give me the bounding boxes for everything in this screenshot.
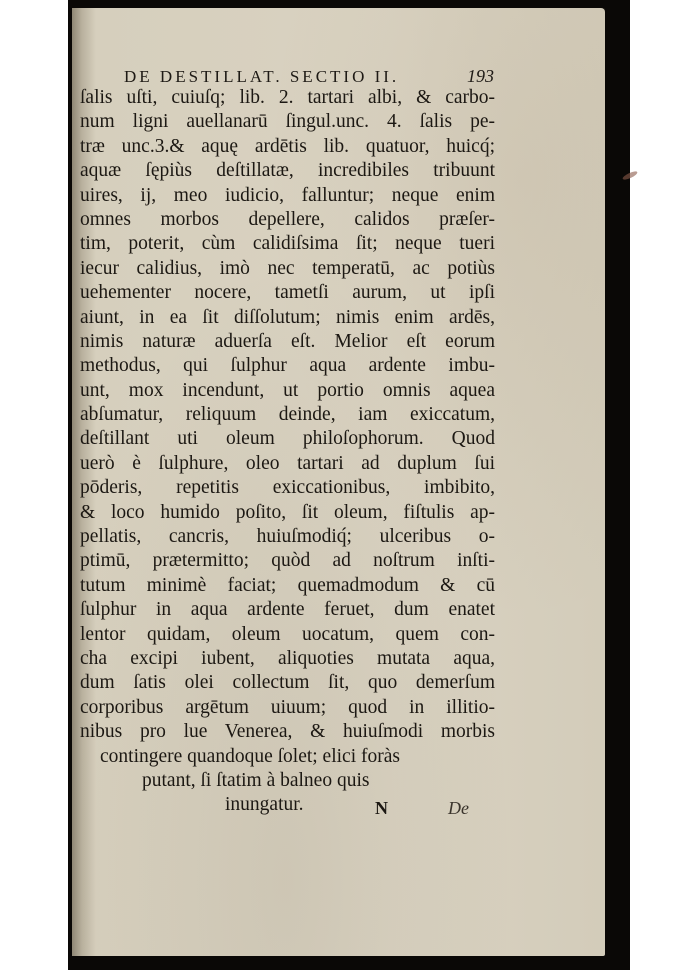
text-line: træ unc.3.& aquę ardētis lib. quatuor, h… [80,135,495,159]
text-line: aiunt, in ea ſit diſſolutum; nimis enim … [80,306,495,330]
text-line: omnes morbos depellere, calidos præſer- [80,208,495,232]
page-number: 193 [467,66,494,87]
running-head-title: DE DESTILLAT. SECTIO II. [124,67,399,87]
text-line: ptimū, prætermitto; quòd ad noſtrum inſt… [80,549,495,573]
text-line: abſumatur, reliquum deinde, iam exiccatu… [80,403,495,427]
text-line: tim, poterit, cùm calidiſsima ſit; neque… [80,232,495,256]
text-line: uerò è ſulphure, oleo tartari ad duplum … [80,452,495,476]
text-line: & loco humido poſito, ſit oleum, fiſtuli… [80,501,495,525]
text-line: nibus pro lue Venerea, & huiuſmodi morbi… [80,720,495,744]
running-head: DE DESTILLAT. SECTIO II. 193 [124,66,494,87]
text-line-tapered: putant, ſi ſtatim à balneo quis [80,769,495,793]
catchword: De [448,798,469,819]
text-line: ſulphur in aqua ardente feruet, dum enat… [80,598,495,622]
text-line: num ligni auellanarū ſingul.unc. 4. ſali… [80,110,495,134]
text-line: cha excipi iubent, aliquoties mutata aqu… [80,647,495,671]
text-line: aquæ ſępiùs deſtillatæ, incredibiles tri… [80,159,495,183]
text-line: methodus, qui ſulphur aqua ardente imbu- [80,354,495,378]
text-line: unt, mox incendunt, ut portio omnis aque… [80,379,495,403]
text-line: lentor quidam, oleum uocatum, quem con- [80,623,495,647]
text-line-tapered: inungatur. [80,793,495,817]
text-line: deſtillant uti oleum philoſophorum. Quod [80,427,495,451]
text-line: uehementer nocere, tametſi aurum, ut ipſ… [80,281,495,305]
text-line: iecur calidius, imò nec temperatū, ac po… [80,257,495,281]
text-line: corporibus argētum uiuum; quod in illiti… [80,696,495,720]
body-text: ſalis uſti, cuiuſq; lib. 2. tartari albi… [80,86,495,818]
text-line: pōderis, repetitis exiccationibus, imbib… [80,476,495,500]
text-line: ſalis uſti, cuiuſq; lib. 2. tartari albi… [80,86,495,110]
text-line-tapered: contingere quandoque ſolet; elici foràs [80,745,495,769]
signature-mark: N [375,798,388,819]
text-line: tutum minimè faciat; quemadmodum & cū [80,574,495,598]
text-line: dum ſatis olei collectum ſit, quo demerſ… [80,671,495,695]
text-line: uires, ij, meo iudicio, falluntur; neque… [80,184,495,208]
text-line: nimis naturæ aduerſa eſt. Melior eſt eor… [80,330,495,354]
text-line: pellatis, cancris, huiuſmodiq́; ulceribu… [80,525,495,549]
